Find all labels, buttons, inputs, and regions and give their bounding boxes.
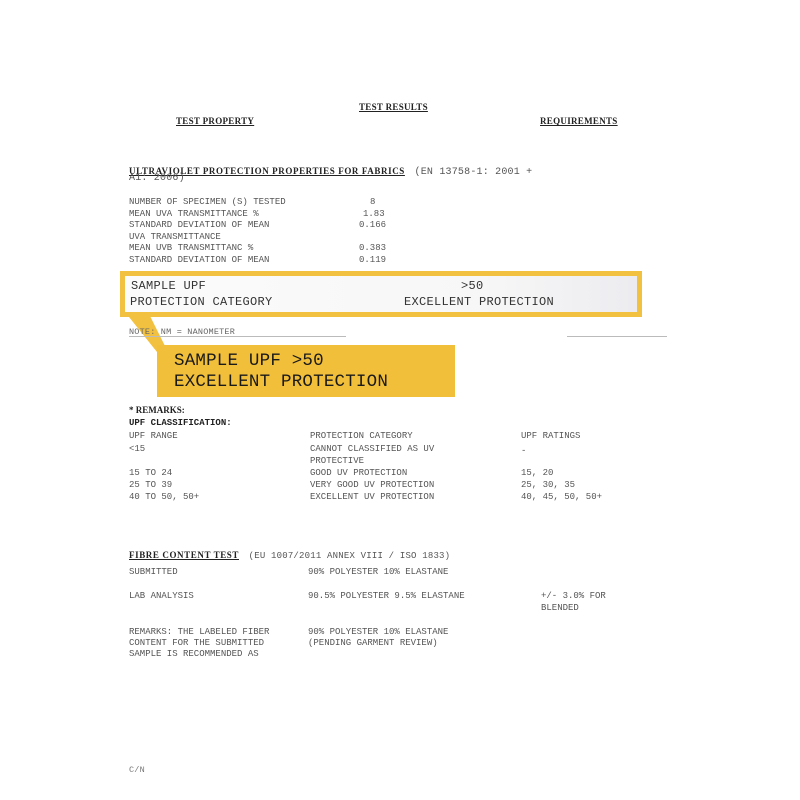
footer-code: C/N bbox=[129, 765, 145, 775]
upf-highlight-box: SAMPLE UPF >50 PROTECTION CATEGORY EXCEL… bbox=[120, 271, 642, 317]
lab-analysis-value: 90.5% POLYESTER 9.5% ELASTANE bbox=[308, 591, 465, 603]
upf-classification-title: UPF CLASSIFICATION: bbox=[129, 418, 232, 428]
protection-category-cell: EXCELLENT UV PROTECTION bbox=[310, 492, 434, 504]
protection-category-cell: GOOD UV PROTECTION bbox=[310, 468, 407, 480]
upf-ratings-cell: 40, 45, 50, 50+ bbox=[521, 492, 602, 504]
submitted-label: SUBMITTED bbox=[129, 567, 178, 579]
lab-analysis-label: LAB ANALYSIS bbox=[129, 591, 194, 603]
lab-analysis-requirement-cont: BLENDED bbox=[541, 603, 579, 615]
lab-analysis-requirement: +/- 3.0% FOR bbox=[541, 591, 606, 603]
note-divider-right bbox=[567, 336, 667, 337]
col-upf-ratings: UPF RATINGS bbox=[521, 431, 580, 443]
fibre-section-heading: FIBRE CONTENT TEST (EU 1007/2011 ANNEX V… bbox=[129, 545, 450, 563]
protection-category-cell: CANNOT CLASSIFIED AS UV bbox=[310, 444, 434, 456]
upf-range-cell: <15 bbox=[129, 444, 145, 456]
fibre-remarks-value1: 90% POLYESTER 10% ELASTANE bbox=[308, 627, 448, 639]
protection-category-cell: VERY GOOD UV PROTECTION bbox=[310, 480, 434, 492]
upf-range-cell: 25 TO 39 bbox=[129, 480, 172, 492]
upf-ratings-cell: 25, 30, 35 bbox=[521, 480, 575, 492]
upf-ratings-cell: 15, 20 bbox=[521, 468, 553, 480]
note-divider-left bbox=[129, 336, 346, 337]
callout-pointer bbox=[0, 0, 800, 800]
fibre-remarks-line3: SAMPLE IS RECOMMENDED AS bbox=[129, 649, 259, 661]
upf-range-cell: 15 TO 24 bbox=[129, 468, 172, 480]
sample-upf-label: SAMPLE UPF bbox=[131, 279, 206, 293]
upf-range-cell: 40 TO 50, 50+ bbox=[129, 492, 199, 504]
upf-summary-label: SAMPLE UPF >50 EXCELLENT PROTECTION bbox=[157, 345, 455, 397]
remarks-title: * REMARKS: bbox=[129, 405, 185, 415]
upf-summary-line2: EXCELLENT PROTECTION bbox=[174, 372, 388, 392]
protection-category-label: PROTECTION CATEGORY bbox=[130, 295, 273, 309]
fibre-remarks-line1: REMARKS: THE LABELED FIBER bbox=[129, 627, 269, 639]
fibre-remarks-value2: (PENDING GARMENT REVIEW) bbox=[308, 638, 438, 650]
protection-category-value: EXCELLENT PROTECTION bbox=[404, 295, 554, 309]
fibre-section-standard: (EU 1007/2011 ANNEX VIII / ISO 1833) bbox=[249, 551, 451, 561]
fibre-remarks-line2: CONTENT FOR THE SUBMITTED bbox=[129, 638, 264, 650]
submitted-value: 90% POLYESTER 10% ELASTANE bbox=[308, 567, 448, 579]
upf-ratings-cell: - bbox=[521, 446, 526, 458]
protection-category-cell-cont: PROTECTIVE bbox=[310, 456, 364, 468]
fibre-section-title: FIBRE CONTENT TEST bbox=[129, 550, 239, 560]
col-protection-category: PROTECTION CATEGORY bbox=[310, 431, 413, 443]
upf-summary-line1: SAMPLE UPF >50 bbox=[174, 351, 324, 371]
sample-upf-value: >50 bbox=[461, 279, 484, 293]
col-upf-range: UPF RANGE bbox=[129, 431, 178, 443]
